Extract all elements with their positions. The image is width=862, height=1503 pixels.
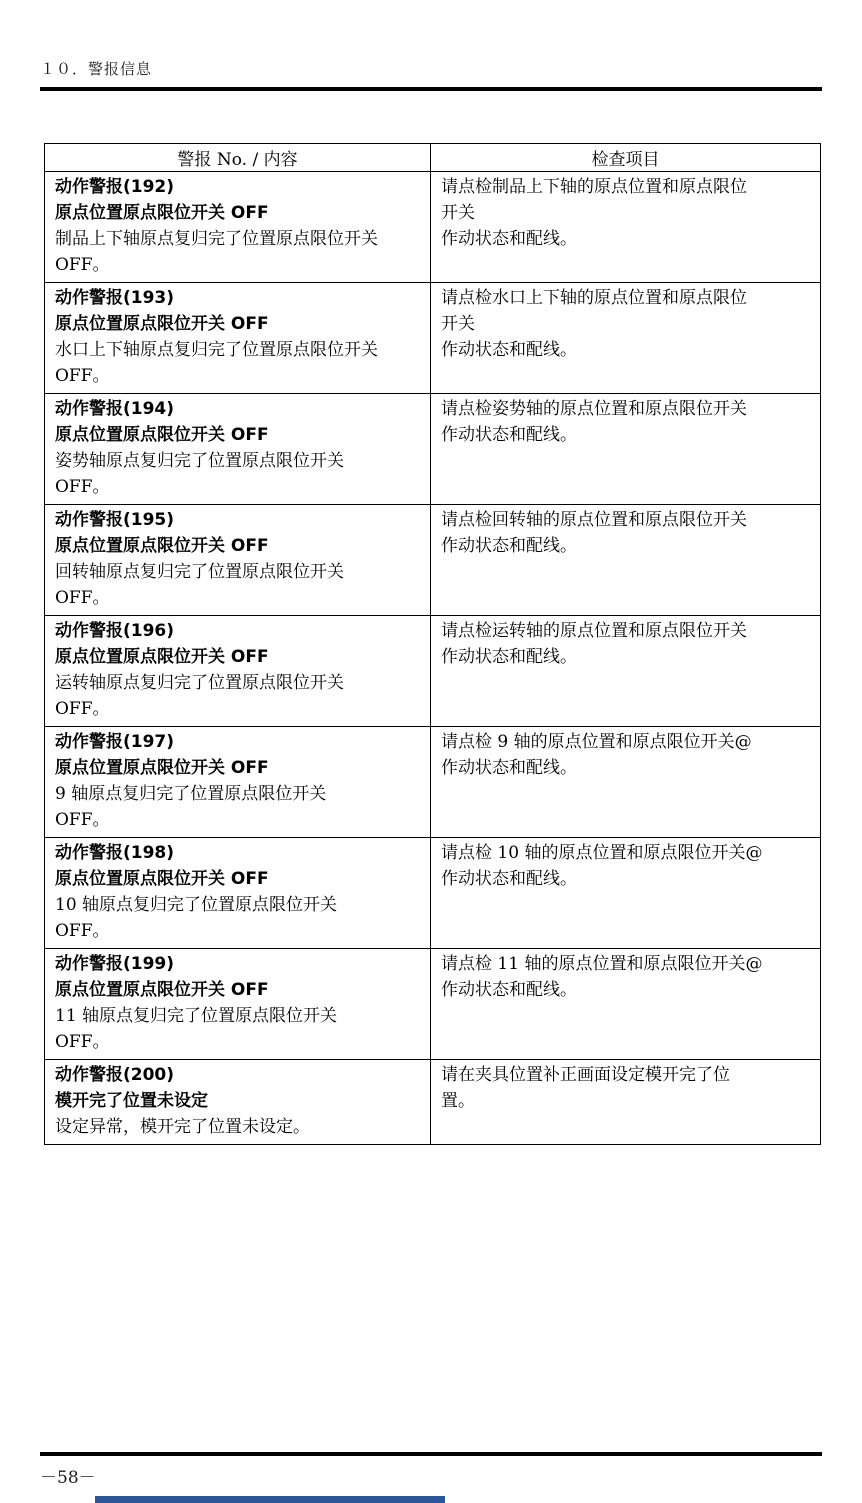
table-row-alarm-193: 动作警报(193) 原点位置原点限位开关 OFF 水口上下轴原点复归完了位置原点… [45,283,821,394]
alarm-subtitle: 原点位置原点限位开关 OFF [55,200,422,226]
check-cell: 请在夹具位置补正画面设定模开完了位 置。 [431,1060,821,1145]
alarm-cell: 动作警报(194) 原点位置原点限位开关 OFF 姿势轴原点复归完了位置原点限位… [45,394,431,505]
column-header-alarm-no-content: 警报 No. / 内容 [45,144,431,172]
alarm-cell: 动作警报(199) 原点位置原点限位开关 OFF 11 轴原点复归完了位置原点限… [45,949,431,1060]
alarm-title: 动作警报(199) [55,951,422,977]
bottom-blue-bar [95,1496,445,1503]
alarm-cell: 动作警报(193) 原点位置原点限位开关 OFF 水口上下轴原点复归完了位置原点… [45,283,431,394]
page-number: －58－ [40,1463,96,1488]
check-cell: 请点检制品上下轴的原点位置和原点限位 开关 作动状态和配线。 [431,172,821,283]
alarm-description: 姿势轴原点复归完了位置原点限位开关 OFF。 [55,448,422,500]
check-items-text: 请点检水口上下轴的原点位置和原点限位 开关 作动状态和配线。 [441,285,812,363]
alarm-table: 警报 No. / 内容 检查项目 动作警报(192) 原点位置原点限位开关 OF… [44,143,821,1145]
alarm-title: 动作警报(198) [55,840,422,866]
check-cell: 请点检姿势轴的原点位置和原点限位开关 作动状态和配线。 [431,394,821,505]
alarm-title: 动作警报(197) [55,729,422,755]
table-row-alarm-197: 动作警报(197) 原点位置原点限位开关 OFF 9 轴原点复归完了位置原点限位… [45,727,821,838]
alarm-subtitle: 原点位置原点限位开关 OFF [55,533,422,559]
alarm-description: 设定异常，模开完了位置未设定。 [55,1114,422,1140]
alarm-title: 动作警报(200) [55,1062,422,1088]
chapter-title: １０．警报信息 [40,58,152,79]
check-cell: 请点检 10 轴的原点位置和原点限位开关@ 作动状态和配线。 [431,838,821,949]
check-cell: 请点检 9 轴的原点位置和原点限位开关@ 作动状态和配线。 [431,727,821,838]
check-cell: 请点检 11 轴的原点位置和原点限位开关@ 作动状态和配线。 [431,949,821,1060]
alarm-subtitle: 原点位置原点限位开关 OFF [55,422,422,448]
alarm-subtitle: 原点位置原点限位开关 OFF [55,311,422,337]
alarm-subtitle: 原点位置原点限位开关 OFF [55,977,422,1003]
alarm-subtitle: 原点位置原点限位开关 OFF [55,755,422,781]
alarm-title: 动作警报(195) [55,507,422,533]
alarm-cell: 动作警报(192) 原点位置原点限位开关 OFF 制品上下轴原点复归完了位置原点… [45,172,431,283]
alarm-subtitle: 原点位置原点限位开关 OFF [55,866,422,892]
table-row-alarm-192: 动作警报(192) 原点位置原点限位开关 OFF 制品上下轴原点复归完了位置原点… [45,172,821,283]
check-items-text: 请点检 11 轴的原点位置和原点限位开关@ 作动状态和配线。 [441,951,812,1003]
alarm-cell: 动作警报(195) 原点位置原点限位开关 OFF 回转轴原点复归完了位置原点限位… [45,505,431,616]
check-items-text: 请点检回转轴的原点位置和原点限位开关 作动状态和配线。 [441,507,812,559]
table-row-alarm-200: 动作警报(200) 模开完了位置未设定 设定异常，模开完了位置未设定。 请在夹具… [45,1060,821,1145]
check-items-text: 请点检运转轴的原点位置和原点限位开关 作动状态和配线。 [441,618,812,670]
alarm-subtitle: 原点位置原点限位开关 OFF [55,644,422,670]
check-cell: 请点检水口上下轴的原点位置和原点限位 开关 作动状态和配线。 [431,283,821,394]
check-items-text: 请点检姿势轴的原点位置和原点限位开关 作动状态和配线。 [441,396,812,448]
check-items-text: 请点检 10 轴的原点位置和原点限位开关@ 作动状态和配线。 [441,840,812,892]
table-row-alarm-194: 动作警报(194) 原点位置原点限位开关 OFF 姿势轴原点复归完了位置原点限位… [45,394,821,505]
alarm-description: 9 轴原点复归完了位置原点限位开关 OFF。 [55,781,422,833]
alarm-description: 回转轴原点复归完了位置原点限位开关 OFF。 [55,559,422,611]
table-row-alarm-196: 动作警报(196) 原点位置原点限位开关 OFF 运转轴原点复归完了位置原点限位… [45,616,821,727]
alarm-title: 动作警报(194) [55,396,422,422]
alarm-cell: 动作警报(200) 模开完了位置未设定 设定异常，模开完了位置未设定。 [45,1060,431,1145]
alarm-description: 运转轴原点复归完了位置原点限位开关 OFF。 [55,670,422,722]
alarm-table-body: 动作警报(192) 原点位置原点限位开关 OFF 制品上下轴原点复归完了位置原点… [45,172,821,1145]
alarm-description: 11 轴原点复归完了位置原点限位开关 OFF。 [55,1003,422,1055]
footer-divider [40,1452,822,1456]
table-row-alarm-195: 动作警报(195) 原点位置原点限位开关 OFF 回转轴原点复归完了位置原点限位… [45,505,821,616]
column-header-check-items: 检查项目 [431,144,821,172]
alarm-cell: 动作警报(197) 原点位置原点限位开关 OFF 9 轴原点复归完了位置原点限位… [45,727,431,838]
check-items-text: 请在夹具位置补正画面设定模开完了位 置。 [441,1062,812,1114]
table-header-row: 警报 No. / 内容 检查项目 [45,144,821,172]
check-items-text: 请点检 9 轴的原点位置和原点限位开关@ 作动状态和配线。 [441,729,812,781]
check-cell: 请点检运转轴的原点位置和原点限位开关 作动状态和配线。 [431,616,821,727]
alarm-cell: 动作警报(198) 原点位置原点限位开关 OFF 10 轴原点复归完了位置原点限… [45,838,431,949]
alarm-subtitle: 模开完了位置未设定 [55,1088,422,1114]
check-cell: 请点检回转轴的原点位置和原点限位开关 作动状态和配线。 [431,505,821,616]
alarm-title: 动作警报(193) [55,285,422,311]
alarm-title: 动作警报(192) [55,174,422,200]
alarm-title: 动作警报(196) [55,618,422,644]
alarm-description: 制品上下轴原点复归完了位置原点限位开关 OFF。 [55,226,422,278]
header-divider [40,87,822,91]
table-row-alarm-198: 动作警报(198) 原点位置原点限位开关 OFF 10 轴原点复归完了位置原点限… [45,838,821,949]
alarm-description: 10 轴原点复归完了位置原点限位开关 OFF。 [55,892,422,944]
document-page: １０．警报信息 警报 No. / 内容 检查项目 动作警报(192) 原点位置原… [0,0,862,1503]
alarm-description: 水口上下轴原点复归完了位置原点限位开关 OFF。 [55,337,422,389]
table-row-alarm-199: 动作警报(199) 原点位置原点限位开关 OFF 11 轴原点复归完了位置原点限… [45,949,821,1060]
check-items-text: 请点检制品上下轴的原点位置和原点限位 开关 作动状态和配线。 [441,174,812,252]
alarm-cell: 动作警报(196) 原点位置原点限位开关 OFF 运转轴原点复归完了位置原点限位… [45,616,431,727]
